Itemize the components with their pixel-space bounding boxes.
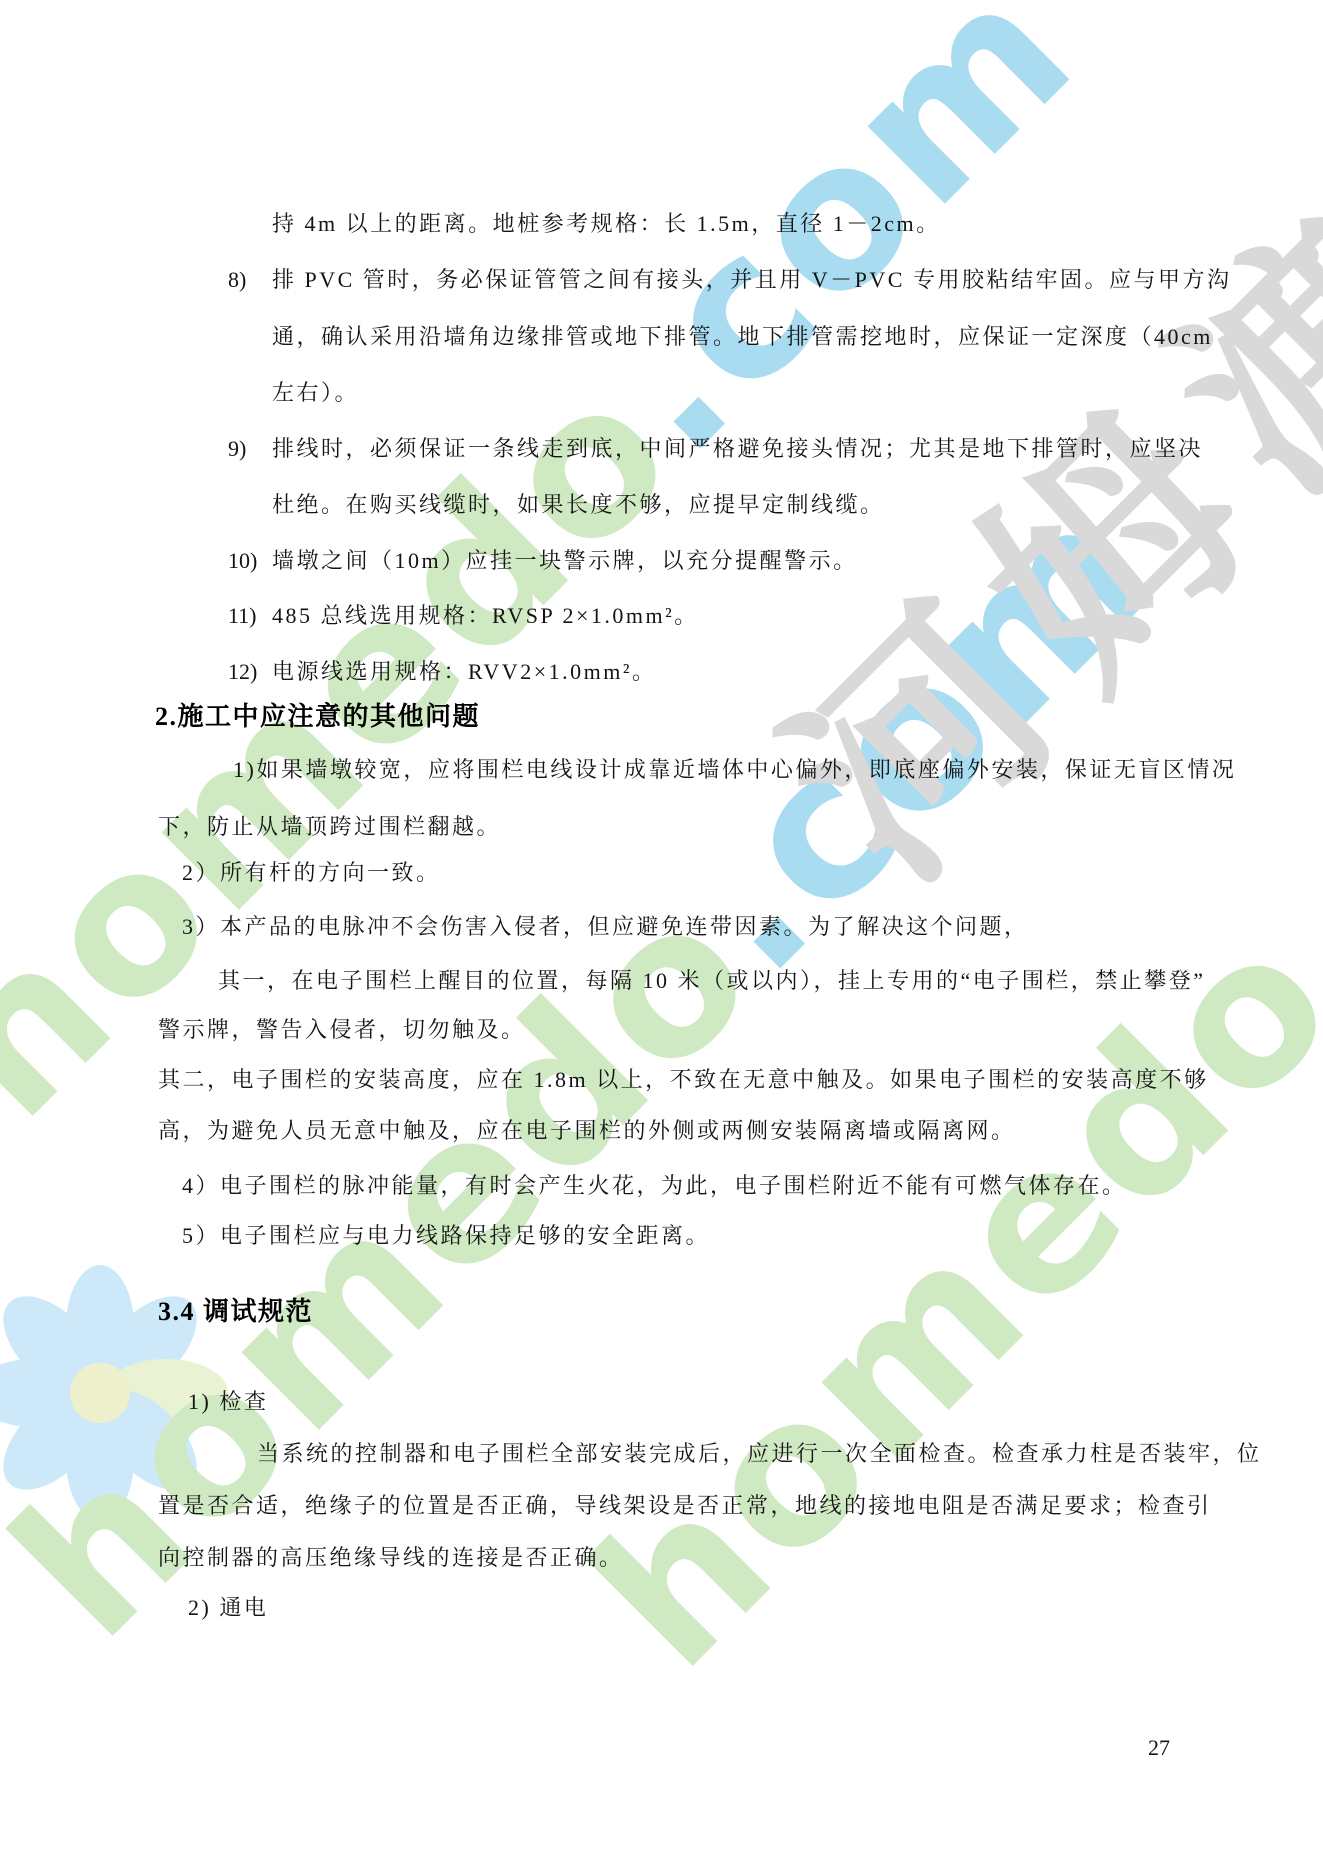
line-text: 485 总线选用规格：RVSP 2×1.0mm²。 [272, 603, 699, 628]
line-text: 其一，在电子围栏上醒目的位置，每隔 10 米（或以内），挂上专用的“电子围栏，禁… [218, 968, 1206, 993]
text-line: 11)485 总线选用规格：RVSP 2×1.0mm²。 [228, 603, 699, 629]
text-line: 持 4m 以上的距离。地桩参考规格：长 1.5m，直径 1－2cm。 [272, 211, 941, 237]
text-line: 通，确认采用沿墙角边缘排管或地下排管。地下排管需挖地时，应保证一定深度（40cm [272, 324, 1213, 350]
section-heading: 2.施工中应注意的其他问题 [155, 704, 480, 730]
line-text: 3）本产品的电脉冲不会伤害入侵者，但应避免连带因素。为了解决这个问题， [182, 914, 1029, 939]
page-number: 27 [1148, 1735, 1170, 1761]
line-text: 排 PVC 管时，务必保证管管之间有接头，并且用 V－PVC 专用胶粘结牢固。应… [272, 267, 1231, 292]
line-text: 2）所有杆的方向一致。 [182, 860, 441, 885]
text-line: 2）所有杆的方向一致。 [182, 860, 441, 886]
text-line: 其二，电子围栏的安装高度，应在 1.8m 以上，不致在无意中触及。如果电子围栏的… [158, 1067, 1209, 1093]
text-line: 左右）。 [272, 380, 359, 406]
line-text: 杜绝。在购买线缆时，如果长度不够，应提早定制线缆。 [272, 492, 885, 517]
line-text: 5）电子围栏应与电力线路保持足够的安全距离。 [182, 1223, 710, 1248]
text-line: 4）电子围栏的脉冲能量，有时会产生火花，为此，电子围栏附近不能有可燃气体存在。 [182, 1173, 1127, 1199]
list-number: 10) [228, 548, 272, 574]
list-number: 8) [228, 267, 272, 293]
line-text: 置是否合适，绝缘子的位置是否正确，导线架设是否正常，地线的接地电阻是否满足要求；… [158, 1493, 1212, 1518]
list-number: 9) [228, 436, 272, 462]
text-line: 12)电源线选用规格：RVV2×1.0mm²。 [228, 659, 656, 685]
line-text: 警示牌，警告入侵者，切勿触及。 [158, 1017, 526, 1042]
text-line: 向控制器的高压绝缘导线的连接是否正确。 [158, 1545, 624, 1571]
text-line: 杜绝。在购买线缆时，如果长度不够，应提早定制线缆。 [272, 492, 885, 518]
text-line: 1) 检查 [188, 1389, 268, 1415]
line-text: 排线时，必须保证一条线走到底，中间严格避免接头情况；尤其是地下排管时，应坚决 [272, 436, 1203, 461]
document-page: homedo.com homedo.com homedo.com 河姆渡 持 4… [0, 0, 1323, 1871]
line-text: 墙墩之间（10m）应挂一块警示牌，以充分提醒警示。 [272, 548, 858, 573]
line-text: 1)如果墙墩较宽，应将围栏电线设计成靠近墙体中心偏外，即底座偏外安装，保证无盲区… [233, 757, 1236, 782]
line-text: 当系统的控制器和电子围栏全部安装完成后，应进行一次全面检查。检查承力柱是否装牢，… [257, 1441, 1262, 1466]
text-line: 5）电子围栏应与电力线路保持足够的安全距离。 [182, 1223, 710, 1249]
line-text: 其二，电子围栏的安装高度，应在 1.8m 以上，不致在无意中触及。如果电子围栏的… [158, 1067, 1209, 1092]
line-text: 电源线选用规格：RVV2×1.0mm²。 [272, 659, 656, 684]
text-line: 10)墙墩之间（10m）应挂一块警示牌，以充分提醒警示。 [228, 548, 858, 574]
line-text: 2.施工中应注意的其他问题 [155, 702, 480, 731]
line-text: 通，确认采用沿墙角边缘排管或地下排管。地下排管需挖地时，应保证一定深度（40cm [272, 324, 1213, 349]
text-line: 下，防止从墙顶跨过围栏翻越。 [158, 814, 501, 840]
text-line: 其一，在电子围栏上醒目的位置，每隔 10 米（或以内），挂上专用的“电子围栏，禁… [218, 968, 1206, 994]
section-heading: 3.4 调试规范 [158, 1299, 313, 1325]
text-line: 1)如果墙墩较宽，应将围栏电线设计成靠近墙体中心偏外，即底座偏外安装，保证无盲区… [233, 757, 1236, 783]
line-text: 左右）。 [272, 380, 359, 405]
text-line: 高，为避免人员无意中触及，应在电子围栏的外侧或两侧安装隔离墙或隔离网。 [158, 1118, 1016, 1144]
text-line: 8)排 PVC 管时，务必保证管管之间有接头，并且用 V－PVC 专用胶粘结牢固… [228, 267, 1231, 293]
text-line: 警示牌，警告入侵者，切勿触及。 [158, 1017, 526, 1043]
line-text: 持 4m 以上的距离。地桩参考规格：长 1.5m，直径 1－2cm。 [272, 211, 941, 236]
line-text: 向控制器的高压绝缘导线的连接是否正确。 [158, 1545, 624, 1570]
text-line: 2) 通电 [188, 1595, 268, 1621]
line-text: 高，为避免人员无意中触及，应在电子围栏的外侧或两侧安装隔离墙或隔离网。 [158, 1118, 1016, 1143]
text-line: 当系统的控制器和电子围栏全部安装完成后，应进行一次全面检查。检查承力柱是否装牢，… [257, 1441, 1262, 1467]
line-text: 1) 检查 [188, 1389, 268, 1414]
text-line: 3）本产品的电脉冲不会伤害入侵者，但应避免连带因素。为了解决这个问题， [182, 914, 1029, 940]
list-number: 11) [228, 603, 272, 629]
text-line: 置是否合适，绝缘子的位置是否正确，导线架设是否正常，地线的接地电阻是否满足要求；… [158, 1493, 1212, 1519]
text-line: 9)排线时，必须保证一条线走到底，中间严格避免接头情况；尤其是地下排管时，应坚决 [228, 436, 1203, 462]
list-number: 12) [228, 659, 272, 685]
line-text: 2) 通电 [188, 1595, 268, 1620]
line-text: 4）电子围栏的脉冲能量，有时会产生火花，为此，电子围栏附近不能有可燃气体存在。 [182, 1173, 1127, 1198]
document-text-layer: 持 4m 以上的距离。地桩参考规格：长 1.5m，直径 1－2cm。8)排 PV… [0, 0, 1323, 1871]
line-text: 3.4 调试规范 [158, 1297, 313, 1326]
line-text: 下，防止从墙顶跨过围栏翻越。 [158, 814, 501, 839]
